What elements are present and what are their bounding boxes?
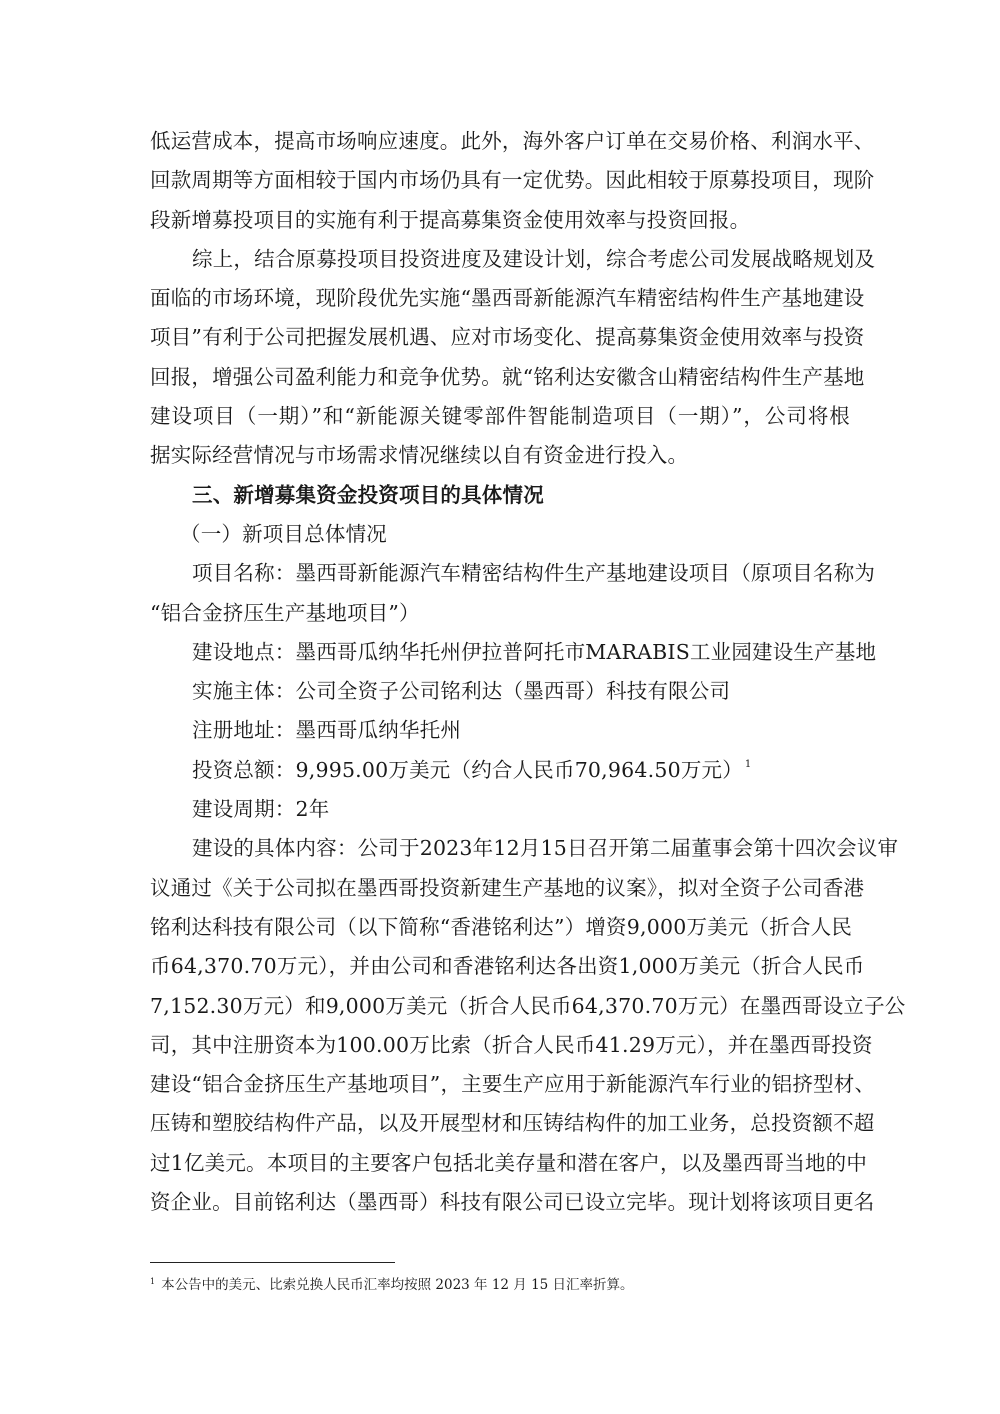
- text-line: 建设项目（一期）”和“新能源关键零部件智能制造项目（一期）”，公司将根: [150, 397, 850, 436]
- field-location: 建设地点：墨西哥瓜纳华托州伊拉普阿托市MARABIS工业园建设生产基地: [150, 633, 850, 672]
- text-line: 建设的具体内容：公司于2023年12月15日召开第二届董事会第十四次会议审: [150, 829, 850, 868]
- field-label: 注册地址：: [192, 718, 296, 742]
- text-line: 建设“铝合金挤压生产基地项目”，主要生产应用于新能源汽车行业的铝挤型材、: [150, 1065, 850, 1104]
- field-value: 墨西哥瓜纳华托州伊拉普阿托市MARABIS工业园建设生产基地: [296, 640, 877, 664]
- footnote-text: 本公告中的美元、比索兑换人民币汇率均按照 2023 年 12 月 15 日汇率折…: [161, 1277, 633, 1293]
- intro-paragraph-1: 低运营成本，提高市场响应速度。此外，海外客户订单在交易价格、利润水平、 回款周期…: [150, 122, 850, 240]
- construction-content-paragraph: 建设的具体内容：公司于2023年12月15日召开第二届董事会第十四次会议审 议通…: [150, 829, 850, 1222]
- text-line: 面临的市场环境，现阶段优先实施“墨西哥新能源汽车精密结构件生产基地建设: [150, 279, 850, 318]
- subsection-heading: （一）新项目总体情况: [150, 515, 850, 554]
- document-page: 低运营成本，提高市场响应速度。此外，海外客户订单在交易价格、利润水平、 回款周期…: [150, 122, 850, 1222]
- text-line: 铭利达科技有限公司（以下简称“香港铭利达”）增资9,000万美元（折合人民: [150, 908, 850, 947]
- field-registered-address: 注册地址：墨西哥瓜纳华托州: [150, 711, 850, 750]
- field-label: 投资总额：: [192, 758, 296, 782]
- text-line: 议通过《关于公司拟在墨西哥投资新建生产基地的议案》，拟对全资子公司香港: [150, 869, 850, 908]
- field-label: 实施主体：: [192, 679, 296, 703]
- footnote-reference[interactable]: 1: [745, 759, 752, 770]
- field-entity: 实施主体：公司全资子公司铭利达（墨西哥）科技有限公司: [150, 672, 850, 711]
- text-line: 据实际经营情况与市场需求情况继续以自有资金进行投入。: [150, 436, 850, 475]
- project-name: 项目名称：墨西哥新能源汽车精密结构件生产基地建设项目（原项目名称为 “铝合金挤压…: [150, 554, 850, 633]
- field-label: 建设周期：: [192, 797, 296, 821]
- text-line: 项目”有利于公司把握发展机遇、应对市场变化、提高募集资金使用效率与投资: [150, 318, 850, 357]
- text-line: 项目名称：墨西哥新能源汽车精密结构件生产基地建设项目（原项目名称为: [150, 554, 850, 593]
- field-construction-period: 建设周期：2年: [150, 790, 850, 829]
- text-line: 司，其中注册资本为100.00万比索（折合人民币41.29万元），并在墨西哥投资: [150, 1026, 850, 1065]
- text-line: 币64,370.70万元），并由公司和香港铭利达各出资1,000万美元（折合人民…: [150, 947, 850, 986]
- text-line: 资企业。目前铭利达（墨西哥）科技有限公司已设立完毕。现计划将该项目更名: [150, 1183, 850, 1222]
- text-line: 回报，增强公司盈利能力和竞争优势。就“铭利达安徽含山精密结构件生产基地: [150, 358, 850, 397]
- text-line: 低运营成本，提高市场响应速度。此外，海外客户订单在交易价格、利润水平、: [150, 122, 850, 161]
- text-line: 回款周期等方面相较于国内市场仍具有一定优势。因此相较于原募投项目，现阶: [150, 161, 850, 200]
- footnote-marker: 1: [150, 1277, 155, 1286]
- text-line: “铝合金挤压生产基地项目”）: [150, 594, 850, 633]
- footnote: 1本公告中的美元、比索兑换人民币汇率均按照 2023 年 12 月 15 日汇率…: [150, 1275, 634, 1295]
- text-line: 段新增募投项目的实施有利于提高募集资金使用效率与投资回报。: [150, 201, 850, 240]
- field-value: 墨西哥瓜纳华托州: [296, 718, 462, 742]
- field-value: 公司全资子公司铭利达（墨西哥）科技有限公司: [296, 679, 731, 703]
- text-line: 过1亿美元。本项目的主要客户包括北美存量和潜在客户，以及墨西哥当地的中: [150, 1144, 850, 1183]
- field-value: 2年: [296, 797, 330, 821]
- field-value: 9,995.00万美元（约合人民币70,964.50万元）: [296, 758, 743, 782]
- text-line: 综上，结合原募投项目投资进度及建设计划，综合考虑公司发展战略规划及: [150, 240, 850, 279]
- field-label: 建设地点：: [192, 640, 296, 664]
- text-line: 7,152.30万元）和9,000万美元（折合人民币64,370.70万元）在墨…: [150, 987, 850, 1026]
- text-line: 压铸和塑胶结构件产品，以及开展型材和压铸结构件的加工业务，总投资额不超: [150, 1104, 850, 1143]
- summary-paragraph: 综上，结合原募投项目投资进度及建设计划，综合考虑公司发展战略规划及 面临的市场环…: [150, 240, 850, 476]
- footnote-divider: [150, 1262, 395, 1263]
- field-total-investment: 投资总额：9,995.00万美元（约合人民币70,964.50万元）1: [150, 751, 850, 790]
- section-heading: 三、新增募集资金投资项目的具体情况: [150, 476, 850, 515]
